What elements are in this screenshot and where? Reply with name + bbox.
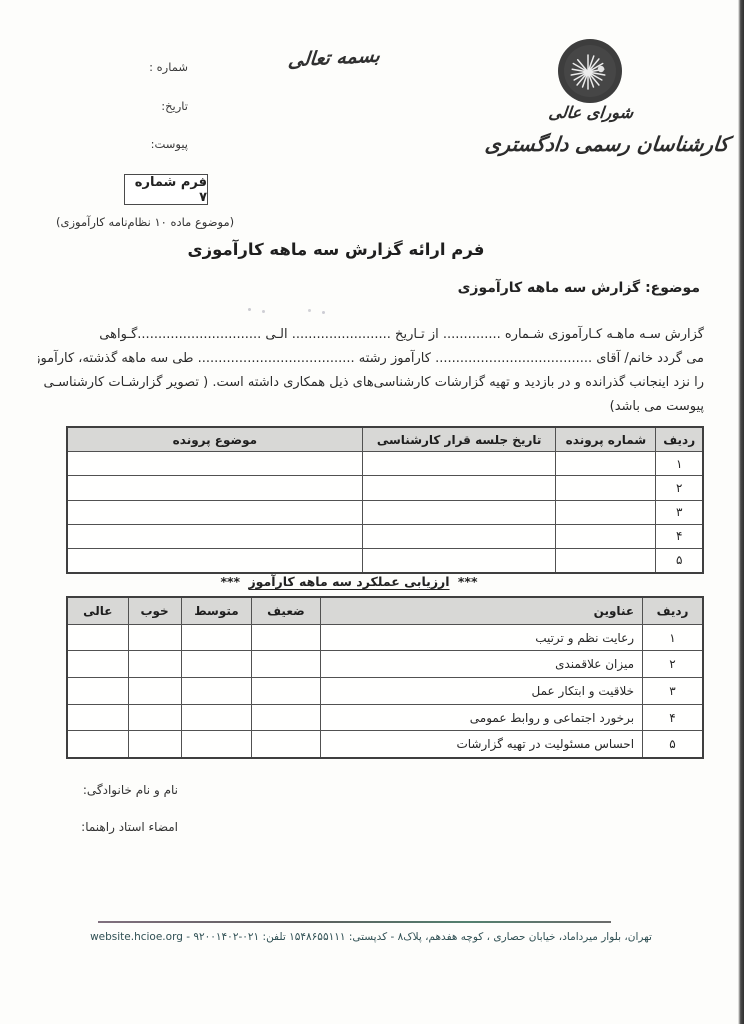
evaluation-table: ردیف عناوین ضعیف متوسط خوب عالی ۱ رعایت … (66, 596, 704, 759)
evaluation-row: ۳ خلاقیت و ابتکار عمل (68, 677, 702, 704)
regulation-note: (موضوع ماده ۱۰ نظام‌نامه کارآموزی) (56, 215, 234, 229)
eval-criterion-label: رعایت نظم و ترتیب (320, 625, 643, 651)
bismillah-calligraphy: بسمه تعالی (277, 44, 391, 72)
scan-artifact (248, 308, 251, 311)
org-name-line2: کارشناسان رسمی دادگستری (477, 132, 738, 156)
evaluation-table-header-row: ردیف عناوین ضعیف متوسط خوب عالی (68, 598, 702, 624)
name-signature-label: نام و نام خانوادگی: (83, 783, 178, 797)
eval-criterion-label: احساس مسئولیت در تهیه گزارشات (320, 731, 643, 757)
rating-excellent-cell (68, 651, 128, 677)
rating-average-cell (181, 705, 252, 731)
cases-table: ردیف شماره پرونده تاریخ جلسه قرار کارشنا… (66, 426, 704, 574)
paragraph-line-2: می گردد خانم/ آقای .....................… (38, 347, 704, 371)
case-number-cell (555, 501, 655, 524)
eval-row-number: ۴ (642, 705, 702, 731)
date-label: تاریخ: (161, 99, 188, 113)
eval-row-number: ۳ (642, 678, 702, 704)
org-name-line1: شورای عالی (537, 103, 645, 122)
attachment-label: پیوست: (151, 137, 188, 151)
eval-row-number: ۵ (642, 731, 702, 757)
case-subject-cell (68, 452, 362, 475)
case-row-number: ۱ (655, 452, 702, 475)
eval-header-average: متوسط (181, 598, 252, 624)
rating-weak-cell (251, 678, 319, 704)
rating-good-cell (128, 705, 181, 731)
rating-excellent-cell (68, 625, 128, 651)
subject-line: موضوع: گزارش سه ماهه کارآموزی (458, 280, 700, 296)
rating-weak-cell (251, 731, 319, 757)
evaluation-row: ۱ رعایت نظم و ترتیب (68, 624, 702, 651)
form-number-box: فرم شماره ۷ (124, 174, 208, 205)
paragraph-line-3: را نزد اینجانب گذرانده و در بازدید و تهی… (38, 371, 704, 395)
session-date-cell (362, 549, 556, 572)
paragraph-line-4: پیوست می باشد) (38, 395, 704, 419)
case-row-number: ۳ (655, 501, 702, 524)
evaluation-caption-text: ارزیابی عملکرد سه ماهه کارآموز (248, 574, 449, 589)
rating-excellent-cell (68, 705, 128, 731)
case-subject-cell (68, 525, 362, 548)
case-subject-cell (68, 501, 362, 524)
report-declaration-paragraph: گزارش سـه ماهـه کـارآموزی شـماره .......… (38, 323, 704, 419)
case-subject-cell (68, 549, 362, 572)
case-number-cell (555, 549, 655, 572)
paragraph-line-1: گزارش سـه ماهـه کـارآموزی شـماره .......… (38, 323, 704, 347)
cases-table-row: ۳ (68, 500, 702, 524)
case-number-cell (555, 525, 655, 548)
evaluation-caption: *** ارزیابی عملکرد سه ماهه کارآموز *** (24, 574, 674, 589)
rating-average-cell (181, 651, 252, 677)
eval-header-excellent: عالی (68, 598, 128, 624)
number-label: شماره : (149, 60, 188, 74)
caption-stars-right: *** (458, 574, 478, 589)
case-number-cell (555, 452, 655, 475)
eval-header-good: خوب (128, 598, 181, 624)
evaluation-row: ۲ میزان علاقمندی (68, 650, 702, 677)
rating-average-cell (181, 678, 252, 704)
cases-table-row: ۵ (68, 548, 702, 572)
footer-contact-info: تهران، بلوار میرداماد، خیابان حصاری ، کو… (36, 931, 706, 943)
session-date-cell (362, 452, 556, 475)
session-date-cell (362, 525, 556, 548)
cases-header-session-date: تاریخ جلسه قرار کارشناسی (362, 428, 556, 451)
eval-header-criteria: عناوین (320, 598, 643, 624)
cases-header-row-number: ردیف (655, 428, 702, 451)
evaluation-row: ۴ برخورد اجتماعی و روابط عمومی (68, 704, 702, 731)
eval-criterion-label: برخورد اجتماعی و روابط عمومی (320, 705, 643, 731)
form-title: فرم ارائه گزارش سه ماهه کارآموزی (36, 240, 636, 259)
rating-good-cell (128, 678, 181, 704)
cases-table-row: ۴ (68, 524, 702, 548)
rating-good-cell (128, 651, 181, 677)
org-logo (556, 37, 624, 105)
rating-weak-cell (251, 651, 319, 677)
case-row-number: ۲ (655, 476, 702, 499)
case-number-cell (555, 476, 655, 499)
cases-table-row: ۲ (68, 475, 702, 499)
evaluation-row: ۵ احساس مسئولیت در تهیه گزارشات (68, 730, 702, 757)
rating-excellent-cell (68, 678, 128, 704)
rating-excellent-cell (68, 731, 128, 757)
footer-divider (98, 921, 611, 923)
rating-weak-cell (251, 625, 319, 651)
scan-edge-strip (738, 0, 744, 1024)
cases-header-case-number: شماره پرونده (555, 428, 655, 451)
rating-good-cell (128, 731, 181, 757)
rating-weak-cell (251, 705, 319, 731)
eval-header-row-number: ردیف (642, 598, 702, 624)
case-row-number: ۵ (655, 549, 702, 572)
case-subject-cell (68, 476, 362, 499)
rating-average-cell (181, 625, 252, 651)
eval-row-number: ۱ (642, 625, 702, 651)
eval-criterion-label: میزان علاقمندی (320, 651, 643, 677)
rating-average-cell (181, 731, 252, 757)
cases-table-row: ۱ (68, 451, 702, 475)
cases-table-header-row: ردیف شماره پرونده تاریخ جلسه قرار کارشنا… (68, 428, 702, 451)
scanned-form-page: شماره : تاریخ: پیوست: بسمه تعالی (0, 0, 744, 1024)
eval-row-number: ۲ (642, 651, 702, 677)
rating-good-cell (128, 625, 181, 651)
eval-header-weak: ضعیف (251, 598, 319, 624)
case-row-number: ۴ (655, 525, 702, 548)
caption-stars-left: *** (220, 574, 240, 589)
session-date-cell (362, 501, 556, 524)
advisor-signature-label: امضاء استاد راهنما: (81, 820, 178, 834)
org-logo-emblem-icon (556, 37, 624, 105)
session-date-cell (362, 476, 556, 499)
eval-criterion-label: خلاقیت و ابتکار عمل (320, 678, 643, 704)
cases-header-case-subject: موضوع پرونده (68, 428, 362, 451)
